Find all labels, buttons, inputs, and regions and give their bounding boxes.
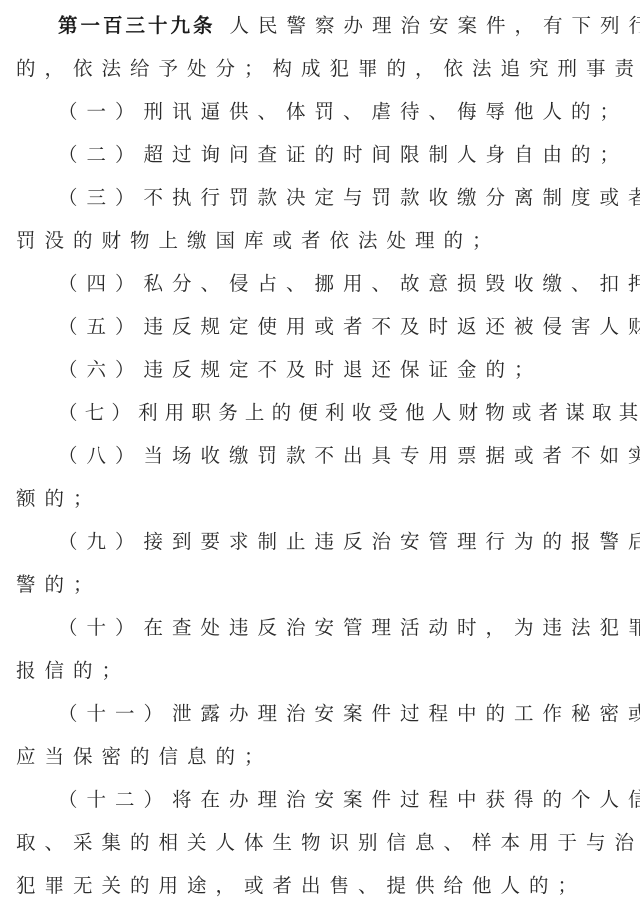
legal-document: 第一百三十九条人民警察办理治安案件，有下列行为之一 的，依法给予处分；构成犯罪的…	[0, 0, 640, 900]
clause-10-cont: 报信的；	[16, 656, 130, 686]
clause-6: （六）违反规定不及时退还保证金的；	[58, 355, 543, 385]
clause-12-cont-2: 犯罪无关的用途，或者出售、提供给他人的；	[16, 871, 586, 900]
clause-10: （十）在查处违反治安管理活动时，为违法犯罪行为人通风	[58, 613, 640, 643]
clause-5: （五）违反规定使用或者不及时返还被侵害人财物的；	[58, 312, 640, 342]
clause-11-cont: 应当保密的信息的；	[16, 742, 273, 772]
clause-9-cont: 警的；	[16, 570, 102, 600]
article-intro: 人民警察办理治安案件，有下列行为之一	[230, 14, 640, 37]
clause-3: （三）不执行罚款决定与罚款收缴分离制度或者不按规定将	[58, 183, 640, 213]
clause-8-cont: 额的；	[16, 484, 102, 514]
clause-12-cont-1: 取、采集的相关人体生物识别信息、样本用于与治安管理、打击	[16, 828, 640, 858]
clause-9: （九）接到要求制止违反治安管理行为的报警后，不及时出	[58, 527, 640, 557]
clause-3-cont: 罚没的财物上缴国库或者依法处理的；	[16, 226, 501, 256]
clause-8: （八）当场收缴罚款不出具专用票据或者不如实填写罚款数	[58, 441, 640, 471]
clause-11: （十一）泄露办理治安案件过程中的工作秘密或者其他依法	[58, 699, 640, 729]
article-title: 第一百三十九条	[58, 14, 216, 37]
article-first-line: 第一百三十九条人民警察办理治安案件，有下列行为之一	[58, 11, 640, 41]
clause-4: （四）私分、侵占、挪用、故意损毁收缴、扣押的财物的；	[58, 269, 640, 299]
clause-7: （七）利用职务上的便利收受他人财物或者谋取其他利益的；	[58, 398, 640, 428]
clause-1: （一）刑讯逼供、体罚、虐待、侮辱他人的；	[58, 97, 628, 127]
clause-12: （十二）将在办理治安案件过程中获得的个人信息，依法提	[58, 785, 640, 815]
clause-2: （二）超过询问查证的时间限制人身自由的；	[58, 140, 628, 170]
text-line: 的，依法给予处分；构成犯罪的，依法追究刑事责任：	[16, 54, 640, 84]
